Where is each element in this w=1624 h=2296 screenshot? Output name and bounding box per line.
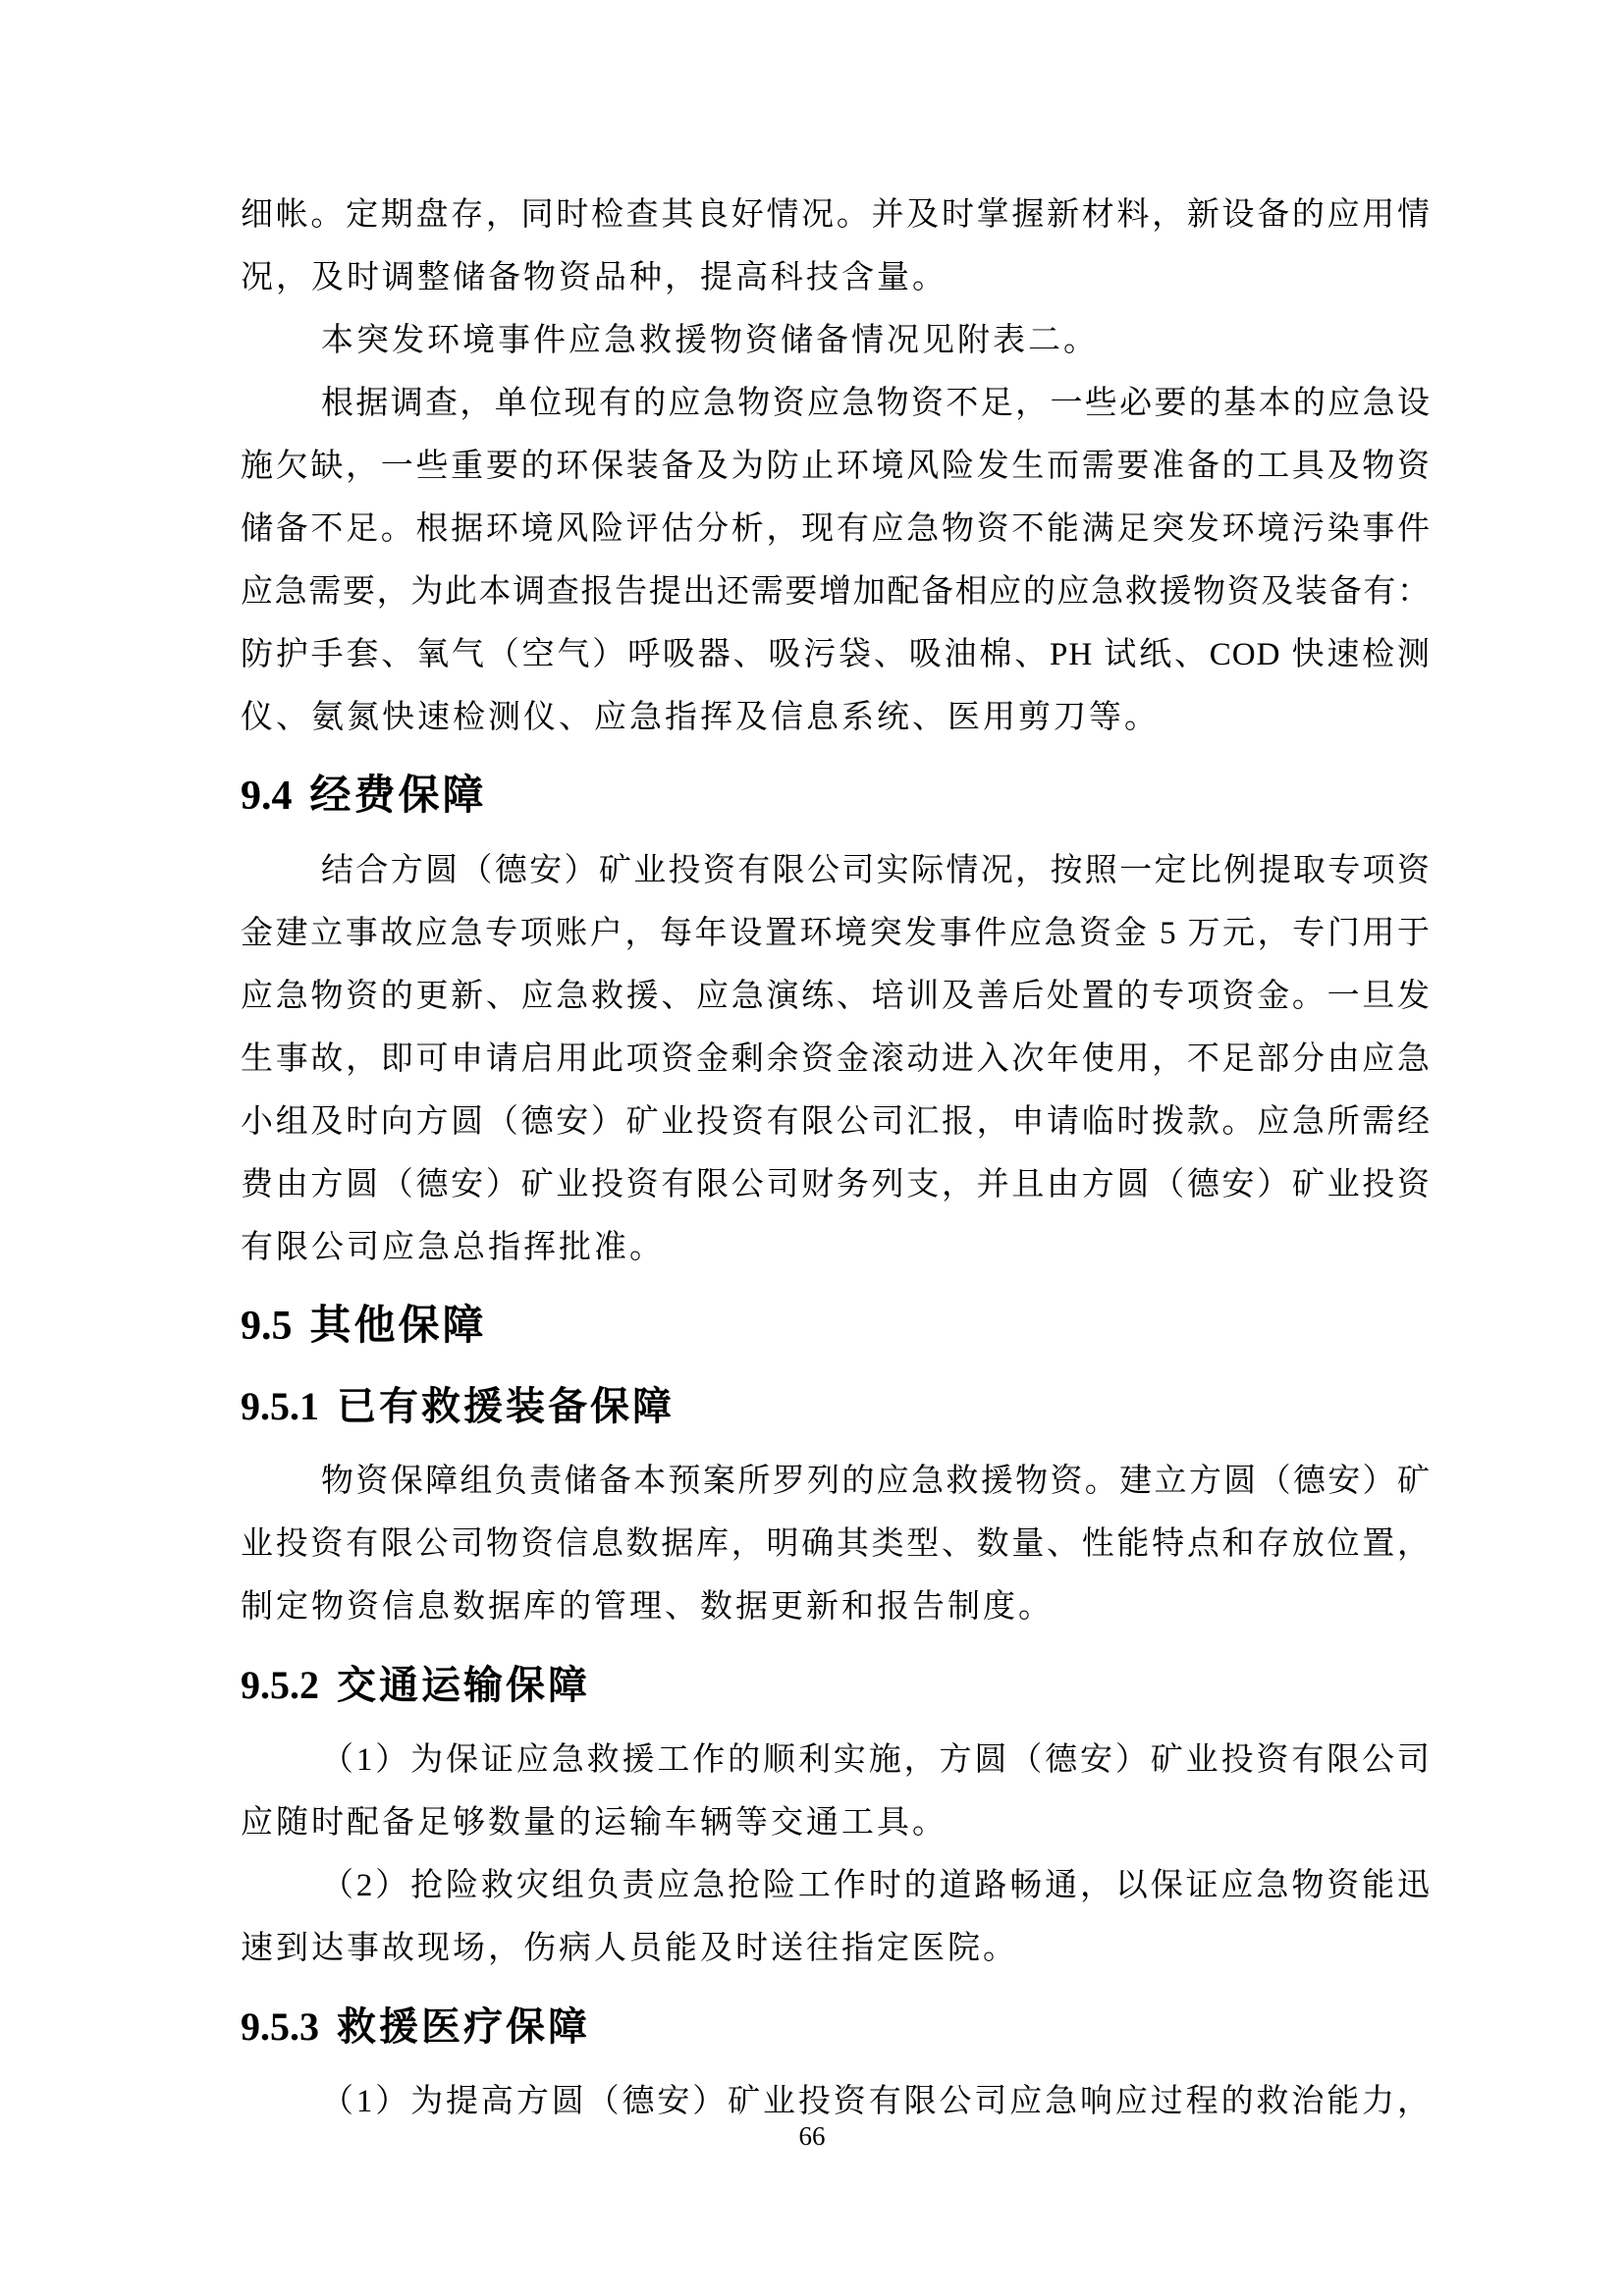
paragraph-line: 施欠缺，一些重要的环保装备及为防止环境风险发生而需要准备的工具及物资 — [241, 435, 1431, 498]
subsection-heading: 9.5.2交通运输保障 — [241, 1652, 1431, 1719]
subsection-heading: 9.5.3救援医疗保障 — [241, 1994, 1431, 2060]
paragraph-line: 金建立事故应急专项账户，每年设置环境突发事件应急资金 5 万元，专门用于 — [241, 902, 1431, 965]
paragraph-line: （1）为保证应急救援工作的顺利实施，方圆（德安）矿业投资有限公司 — [241, 1729, 1431, 1791]
section-heading: 9.5其他保障 — [241, 1293, 1431, 1360]
paragraph-line: 业投资有限公司物资信息数据库，明确其类型、数量、性能特点和存放位置， — [241, 1513, 1431, 1575]
subsection-heading: 9.5.1已有救援装备保障 — [241, 1373, 1431, 1440]
heading-title: 救援医疗保障 — [337, 2004, 590, 2049]
page-content: 细帐。定期盘存，同时检查其良好情况。并及时掌握新材料，新设备的应用情 况，及时调… — [241, 184, 1431, 2133]
paragraph-line: 结合方圆（德安）矿业投资有限公司实际情况，按照一定比例提取专项资 — [241, 839, 1431, 902]
paragraph-line: 制定物资信息数据库的管理、数据更新和报告制度。 — [241, 1575, 1431, 1638]
document-page: 细帐。定期盘存，同时检查其良好情况。并及时掌握新材料，新设备的应用情 况，及时调… — [0, 0, 1624, 2296]
paragraph-line: 根据调查，单位现有的应急物资应急物资不足，一些必要的基本的应急设 — [241, 372, 1431, 435]
paragraph-line: 应急需要，为此本调查报告提出还需要增加配备相应的应急救援物资及装备有： — [241, 561, 1431, 623]
heading-title: 经费保障 — [310, 774, 487, 819]
heading-number: 9.4 — [241, 774, 293, 819]
paragraph-line: 有限公司应急总指挥批准。 — [241, 1216, 1431, 1279]
heading-title: 其他保障 — [310, 1304, 487, 1349]
paragraph-line: 防护手套、氧气（空气）呼吸器、吸污袋、吸油棉、PH 试纸、COD 快速检测 — [241, 623, 1431, 686]
paragraph-line: 本突发环境事件应急救援物资储备情况见附表二。 — [241, 309, 1431, 372]
section-heading: 9.4经费保障 — [241, 763, 1431, 829]
paragraph-line: 仪、氨氮快速检测仪、应急指挥及信息系统、医用剪刀等。 — [241, 686, 1431, 749]
paragraph-line: 况，及时调整储备物资品种，提高科技含量。 — [241, 246, 1431, 309]
heading-title: 交通运输保障 — [337, 1663, 590, 1707]
paragraph-line: 费由方圆（德安）矿业投资有限公司财务列支，并且由方圆（德安）矿业投资 — [241, 1153, 1431, 1216]
paragraph-line: 应随时配备足够数量的运输车辆等交通工具。 — [241, 1791, 1431, 1854]
paragraph-line: 速到达事故现场，伤病人员能及时送往指定医院。 — [241, 1917, 1431, 1980]
paragraph-line: 细帐。定期盘存，同时检查其良好情况。并及时掌握新材料，新设备的应用情 — [241, 184, 1431, 246]
paragraph-line: 小组及时向方圆（德安）矿业投资有限公司汇报，申请临时拨款。应急所需经 — [241, 1091, 1431, 1153]
heading-number: 9.5.1 — [241, 1384, 319, 1428]
paragraph-line: 生事故，即可申请启用此项资金剩余资金滚动进入次年使用，不足部分由应急 — [241, 1028, 1431, 1091]
page-number: 66 — [0, 2118, 1624, 2154]
paragraph-line: 储备不足。根据环境风险评估分析，现有应急物资不能满足突发环境污染事件 — [241, 498, 1431, 561]
paragraph-line: 应急物资的更新、应急救援、应急演练、培训及善后处置的专项资金。一旦发 — [241, 965, 1431, 1028]
heading-title: 已有救援装备保障 — [337, 1384, 675, 1428]
heading-number: 9.5.2 — [241, 1663, 319, 1707]
paragraph-line: 物资保障组负责储备本预案所罗列的应急救援物资。建立方圆（德安）矿 — [241, 1450, 1431, 1513]
heading-number: 9.5 — [241, 1304, 293, 1349]
paragraph-line: （2）抢险救灾组负责应急抢险工作时的道路畅通，以保证应急物资能迅 — [241, 1854, 1431, 1917]
heading-number: 9.5.3 — [241, 2004, 319, 2049]
